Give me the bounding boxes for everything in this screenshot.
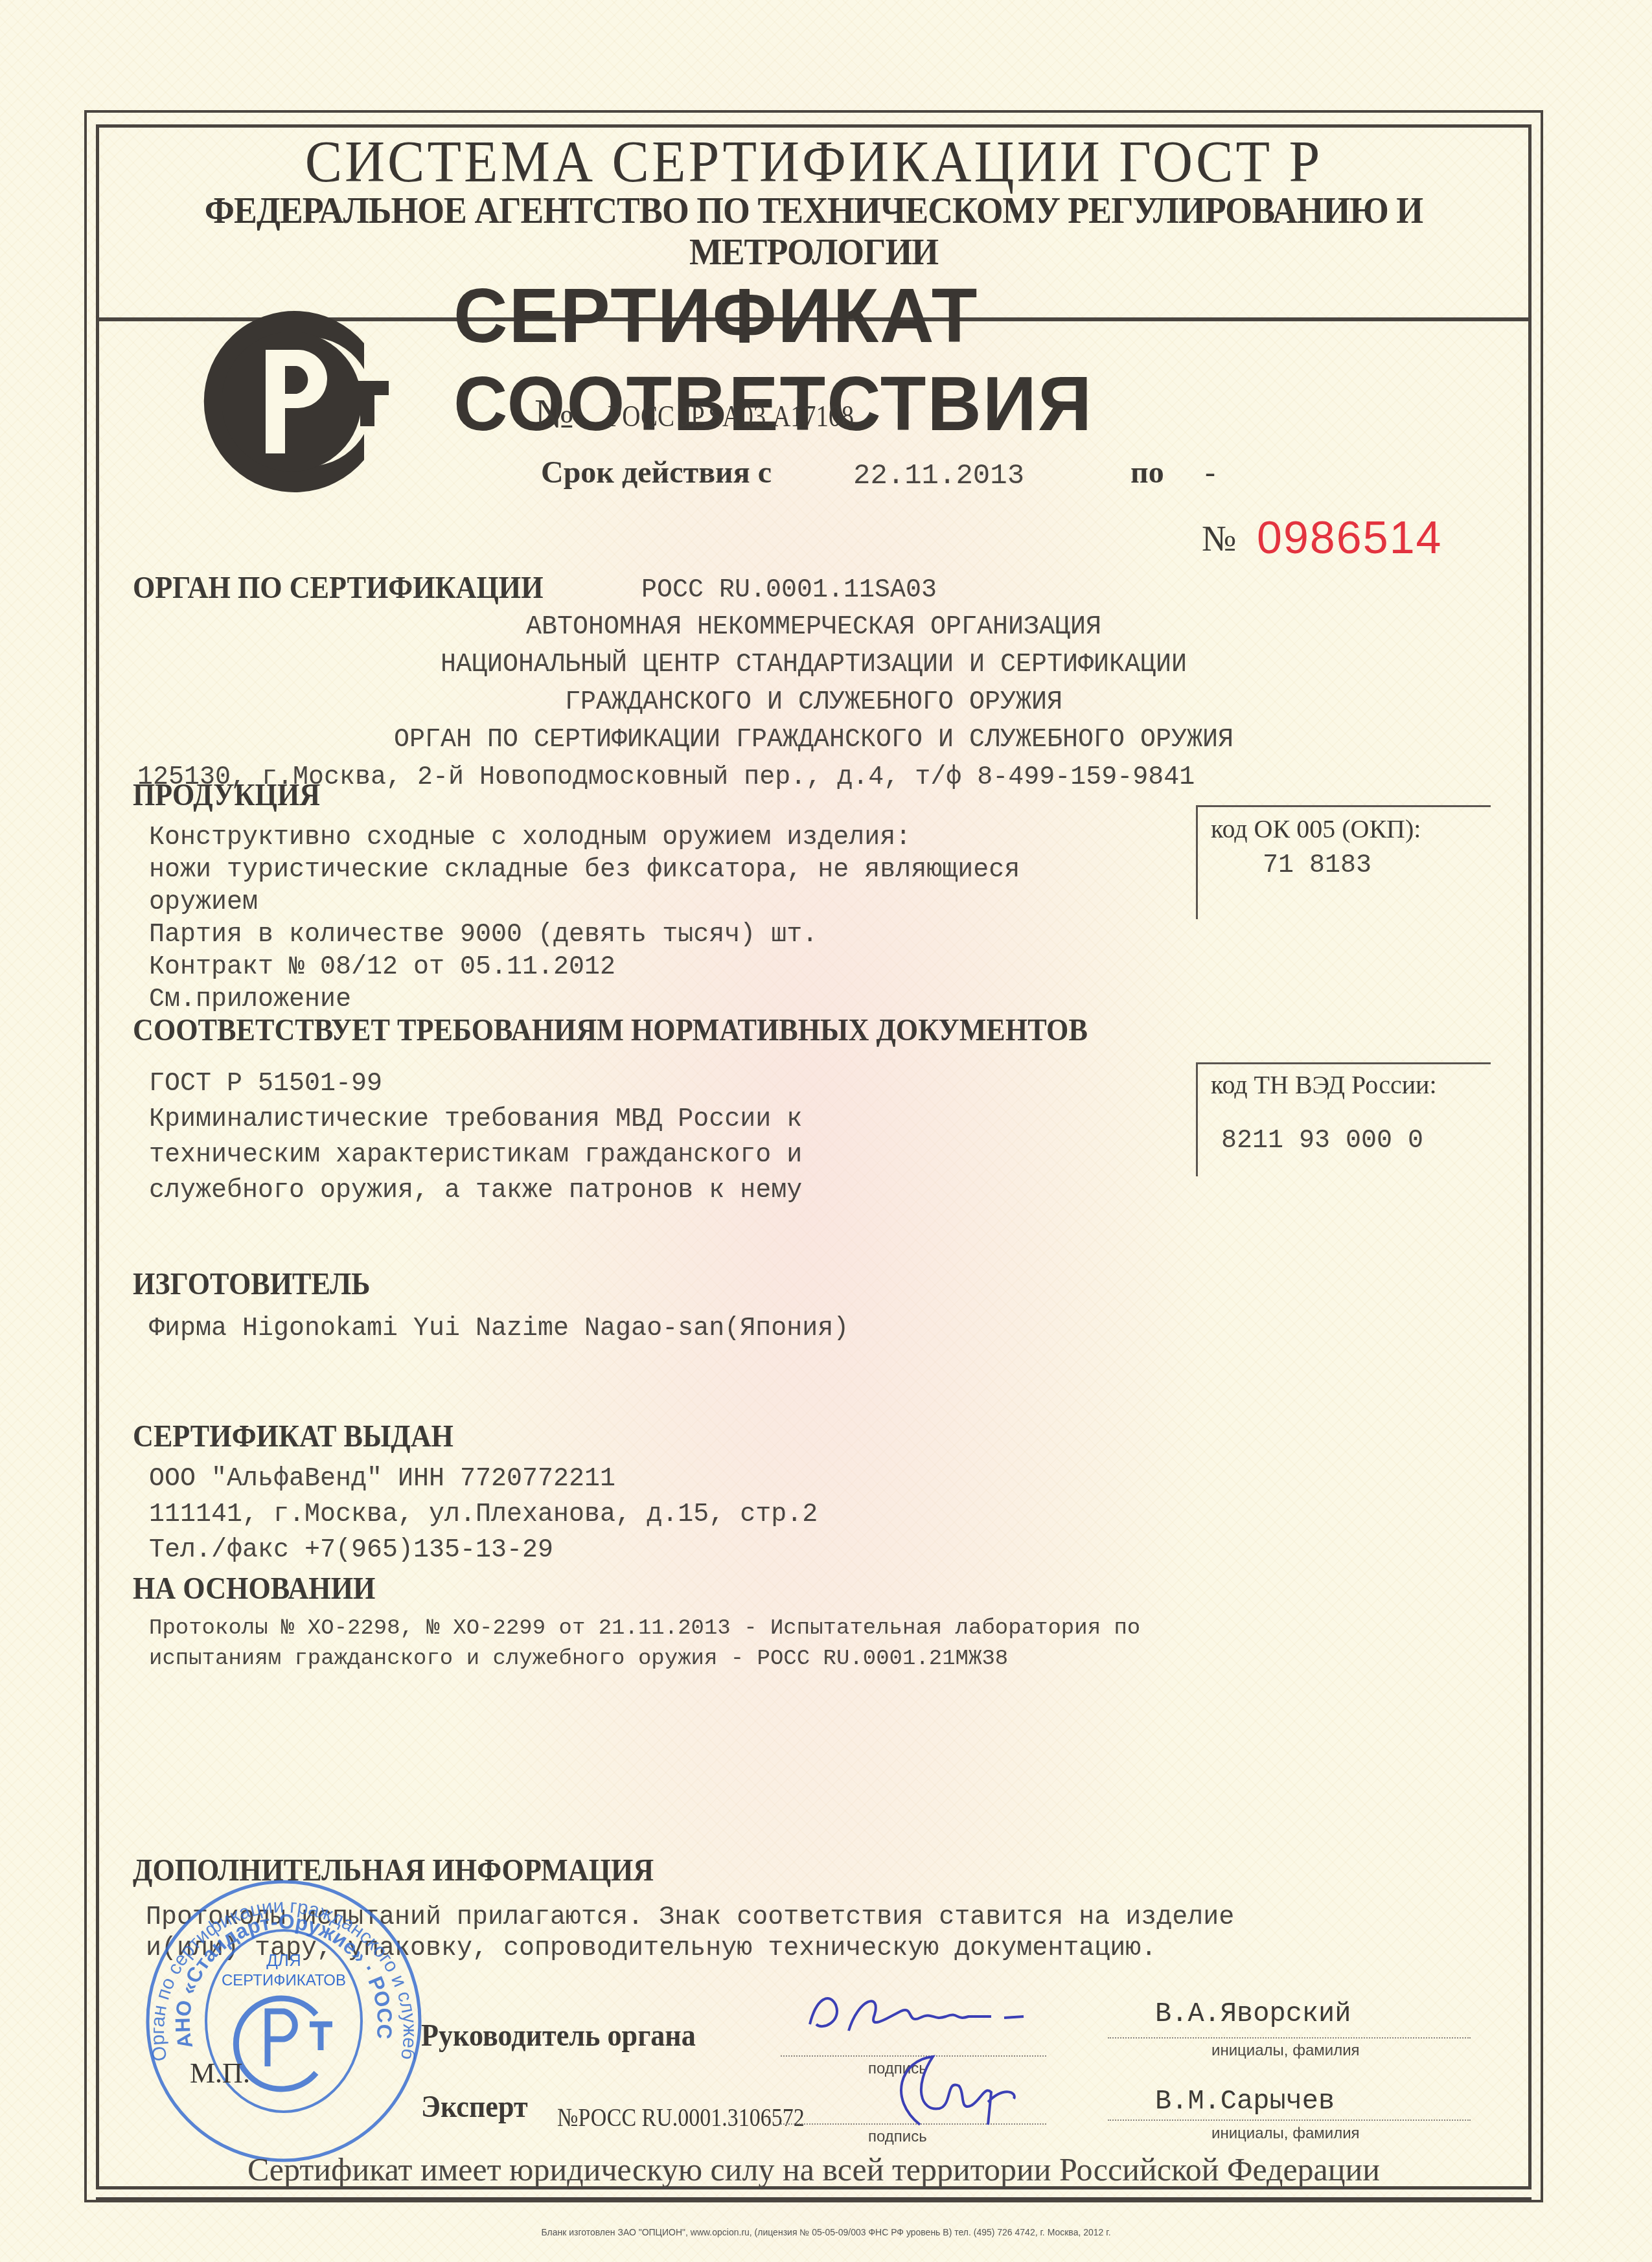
certificate-number-label: №: [534, 390, 574, 438]
agency-name: ФЕДЕРАЛЬНОЕ АГЕНТСТВО ПО ТЕХНИЧЕСКОМУ РЕ…: [124, 190, 1502, 273]
legal-validity-note: Сертификат имеет юридическую силу на все…: [96, 2151, 1532, 2188]
validity-label: Срок действия с: [541, 455, 772, 490]
rst-conformity-mark-icon: [194, 304, 389, 499]
product-line: См.приложение: [149, 985, 351, 1016]
head-name-line: [1108, 2037, 1471, 2039]
manufacturer-heading: ИЗГОТОВИТЕЛЬ: [133, 1266, 370, 1302]
product-line: оружием: [149, 887, 258, 919]
head-of-body-label: Руководитель органа: [421, 2018, 696, 2053]
okp-code-box: код ОК 005 (ОКП): 71 8183: [1196, 805, 1491, 919]
product-line: Контракт № 08/12 от 05.11.2012: [149, 952, 615, 983]
stamp-rst-mark-icon: [236, 1998, 332, 2089]
system-title: СИСТЕМА СЕРТИФИКАЦИИ ГОСТ Р: [96, 128, 1532, 196]
head-signature: [797, 1985, 1043, 2044]
certification-body-line: АВТОНОМНАЯ НЕКОММЕРЧЕСКАЯ ОРГАНИЗАЦИЯ: [96, 612, 1532, 643]
basis-line: испытаниям гражданского и служебного ору…: [149, 1643, 1008, 1674]
valid-from-date: 22.11.2013: [853, 460, 1024, 492]
head-name-caption: инициалы, фамилия: [1211, 2042, 1360, 2060]
expert-name-caption: инициалы, фамилия: [1211, 2125, 1360, 2143]
tnved-code-value: 8211 93 000 0: [1221, 1126, 1423, 1156]
expert-signature: [875, 2047, 1030, 2141]
certification-body-line: ГРАЖДАНСКОГО И СЛУЖЕБНОГО ОРУЖИЯ: [96, 687, 1532, 718]
basis-line: Протоколы № ХО-2298, № ХО-2299 от 21.11.…: [149, 1613, 1140, 1644]
certification-body-line: ОРГАН ПО СЕРТИФИКАЦИИ ГРАЖДАНСКОГО И СЛУ…: [96, 725, 1532, 756]
normative-docs-heading: СООТВЕТСТВУЕТ ТРЕБОВАНИЯМ НОРМАТИВНЫХ ДО…: [133, 1012, 1088, 1048]
normative-line: Криминалистические требования МВД России…: [149, 1104, 802, 1136]
issued-to-line: ООО "АльфаВенд" ИНН 7720772211: [149, 1464, 615, 1495]
product-line: Конструктивно сходные с холодным оружием…: [149, 823, 911, 854]
footer-divider: [96, 2197, 1532, 2200]
product-line: Партия в количестве 9000 (девять тысяч) …: [149, 920, 818, 951]
expert-name: В.М.Сарычев: [1155, 2086, 1335, 2117]
tnved-code-label: код ТН ВЭД России:: [1211, 1069, 1437, 1100]
normative-line: техническим характеристикам гражданского…: [149, 1140, 802, 1171]
certification-body-heading: ОРГАН ПО СЕРТИФИКАЦИИ: [133, 570, 544, 606]
valid-to-date: -: [1205, 455, 1215, 490]
okp-code-label: код ОК 005 (ОКП):: [1211, 814, 1421, 844]
basis-heading: НА ОСНОВАНИИ: [133, 1571, 375, 1606]
expert-label: Эксперт: [421, 2089, 528, 2125]
tnved-code-box: код ТН ВЭД России: 8211 93 000 0: [1196, 1062, 1491, 1176]
stamp-inner-text-2: СЕРТИФИКАТОВ: [222, 1972, 346, 1989]
seal-place-label: М.П.: [190, 2057, 250, 2090]
stamp-inner-text-1: ДЛЯ: [266, 1950, 301, 1970]
expert-number: №РОСС RU.0001.3106572: [557, 2102, 805, 2132]
official-seal-stamp: Орган по сертификации гражданского и слу…: [128, 1866, 439, 2170]
normative-line: служебного оружия, а также патронов к не…: [149, 1176, 802, 1207]
certificate-number: РОСС JP.SA03.A17108: [608, 399, 854, 433]
certification-body-line: НАЦИОНАЛЬНЫЙ ЦЕНТР СТАНДАРТИЗАЦИИ И СЕРТ…: [96, 650, 1532, 681]
issued-to-heading: СЕРТИФИКАТ ВЫДАН: [133, 1419, 453, 1454]
serial-number: 0986514: [1257, 512, 1443, 564]
valid-to-label: по: [1130, 455, 1164, 490]
head-name: В.А.Яворский: [1155, 1998, 1351, 2029]
issued-to-line: Тел./факс +7(965)135-13-29: [149, 1535, 553, 1566]
serial-number-label: №: [1202, 518, 1236, 560]
expert-name-line: [1108, 2119, 1471, 2121]
normative-line: ГОСТ Р 51501-99: [149, 1069, 382, 1100]
certification-body-code: РОСС RU.0001.11SA03: [641, 575, 937, 606]
issued-to-line: 111141, г.Москва, ул.Плеханова, д.15, ст…: [149, 1500, 818, 1531]
product-heading: ПРОДУКЦИЯ: [133, 777, 320, 813]
okp-code-value: 71 8183: [1263, 851, 1371, 880]
manufacturer-name: Фирма Higonokami Yui Nazime Nagao-san(Яп…: [149, 1314, 849, 1345]
printer-imprint: Бланк изготовлен ЗАО "ОПЦИОН", www.opcio…: [0, 2227, 1652, 2237]
product-line: ножи туристические складные без фиксатор…: [149, 855, 1020, 886]
